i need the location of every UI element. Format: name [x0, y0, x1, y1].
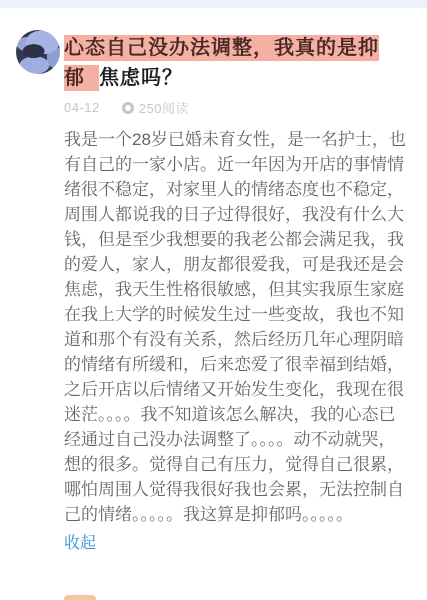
post-meta: 04-12 250阅读	[64, 98, 409, 117]
collapse-button[interactable]: 收起	[64, 530, 96, 553]
peeking-element	[64, 595, 96, 600]
post-title[interactable]: 心态自己没办法调整，我真的是抑郁焦虑吗？	[64, 33, 409, 93]
read-count: 250阅读	[139, 98, 189, 117]
views-ring-icon	[122, 102, 134, 114]
post-date: 04-12	[64, 100, 100, 115]
post-title-rest: 焦虑吗？	[99, 67, 183, 89]
page-background-strip	[0, 0, 427, 8]
post-card: 心态自己没办法调整，我真的是抑郁焦虑吗？ 04-12 250阅读 我是一个28岁…	[0, 8, 427, 553]
post-body: 我是一个28岁已婚未育女性，是一名护士，也有自己的一家小店。近一年因为开店的事情…	[64, 127, 406, 527]
